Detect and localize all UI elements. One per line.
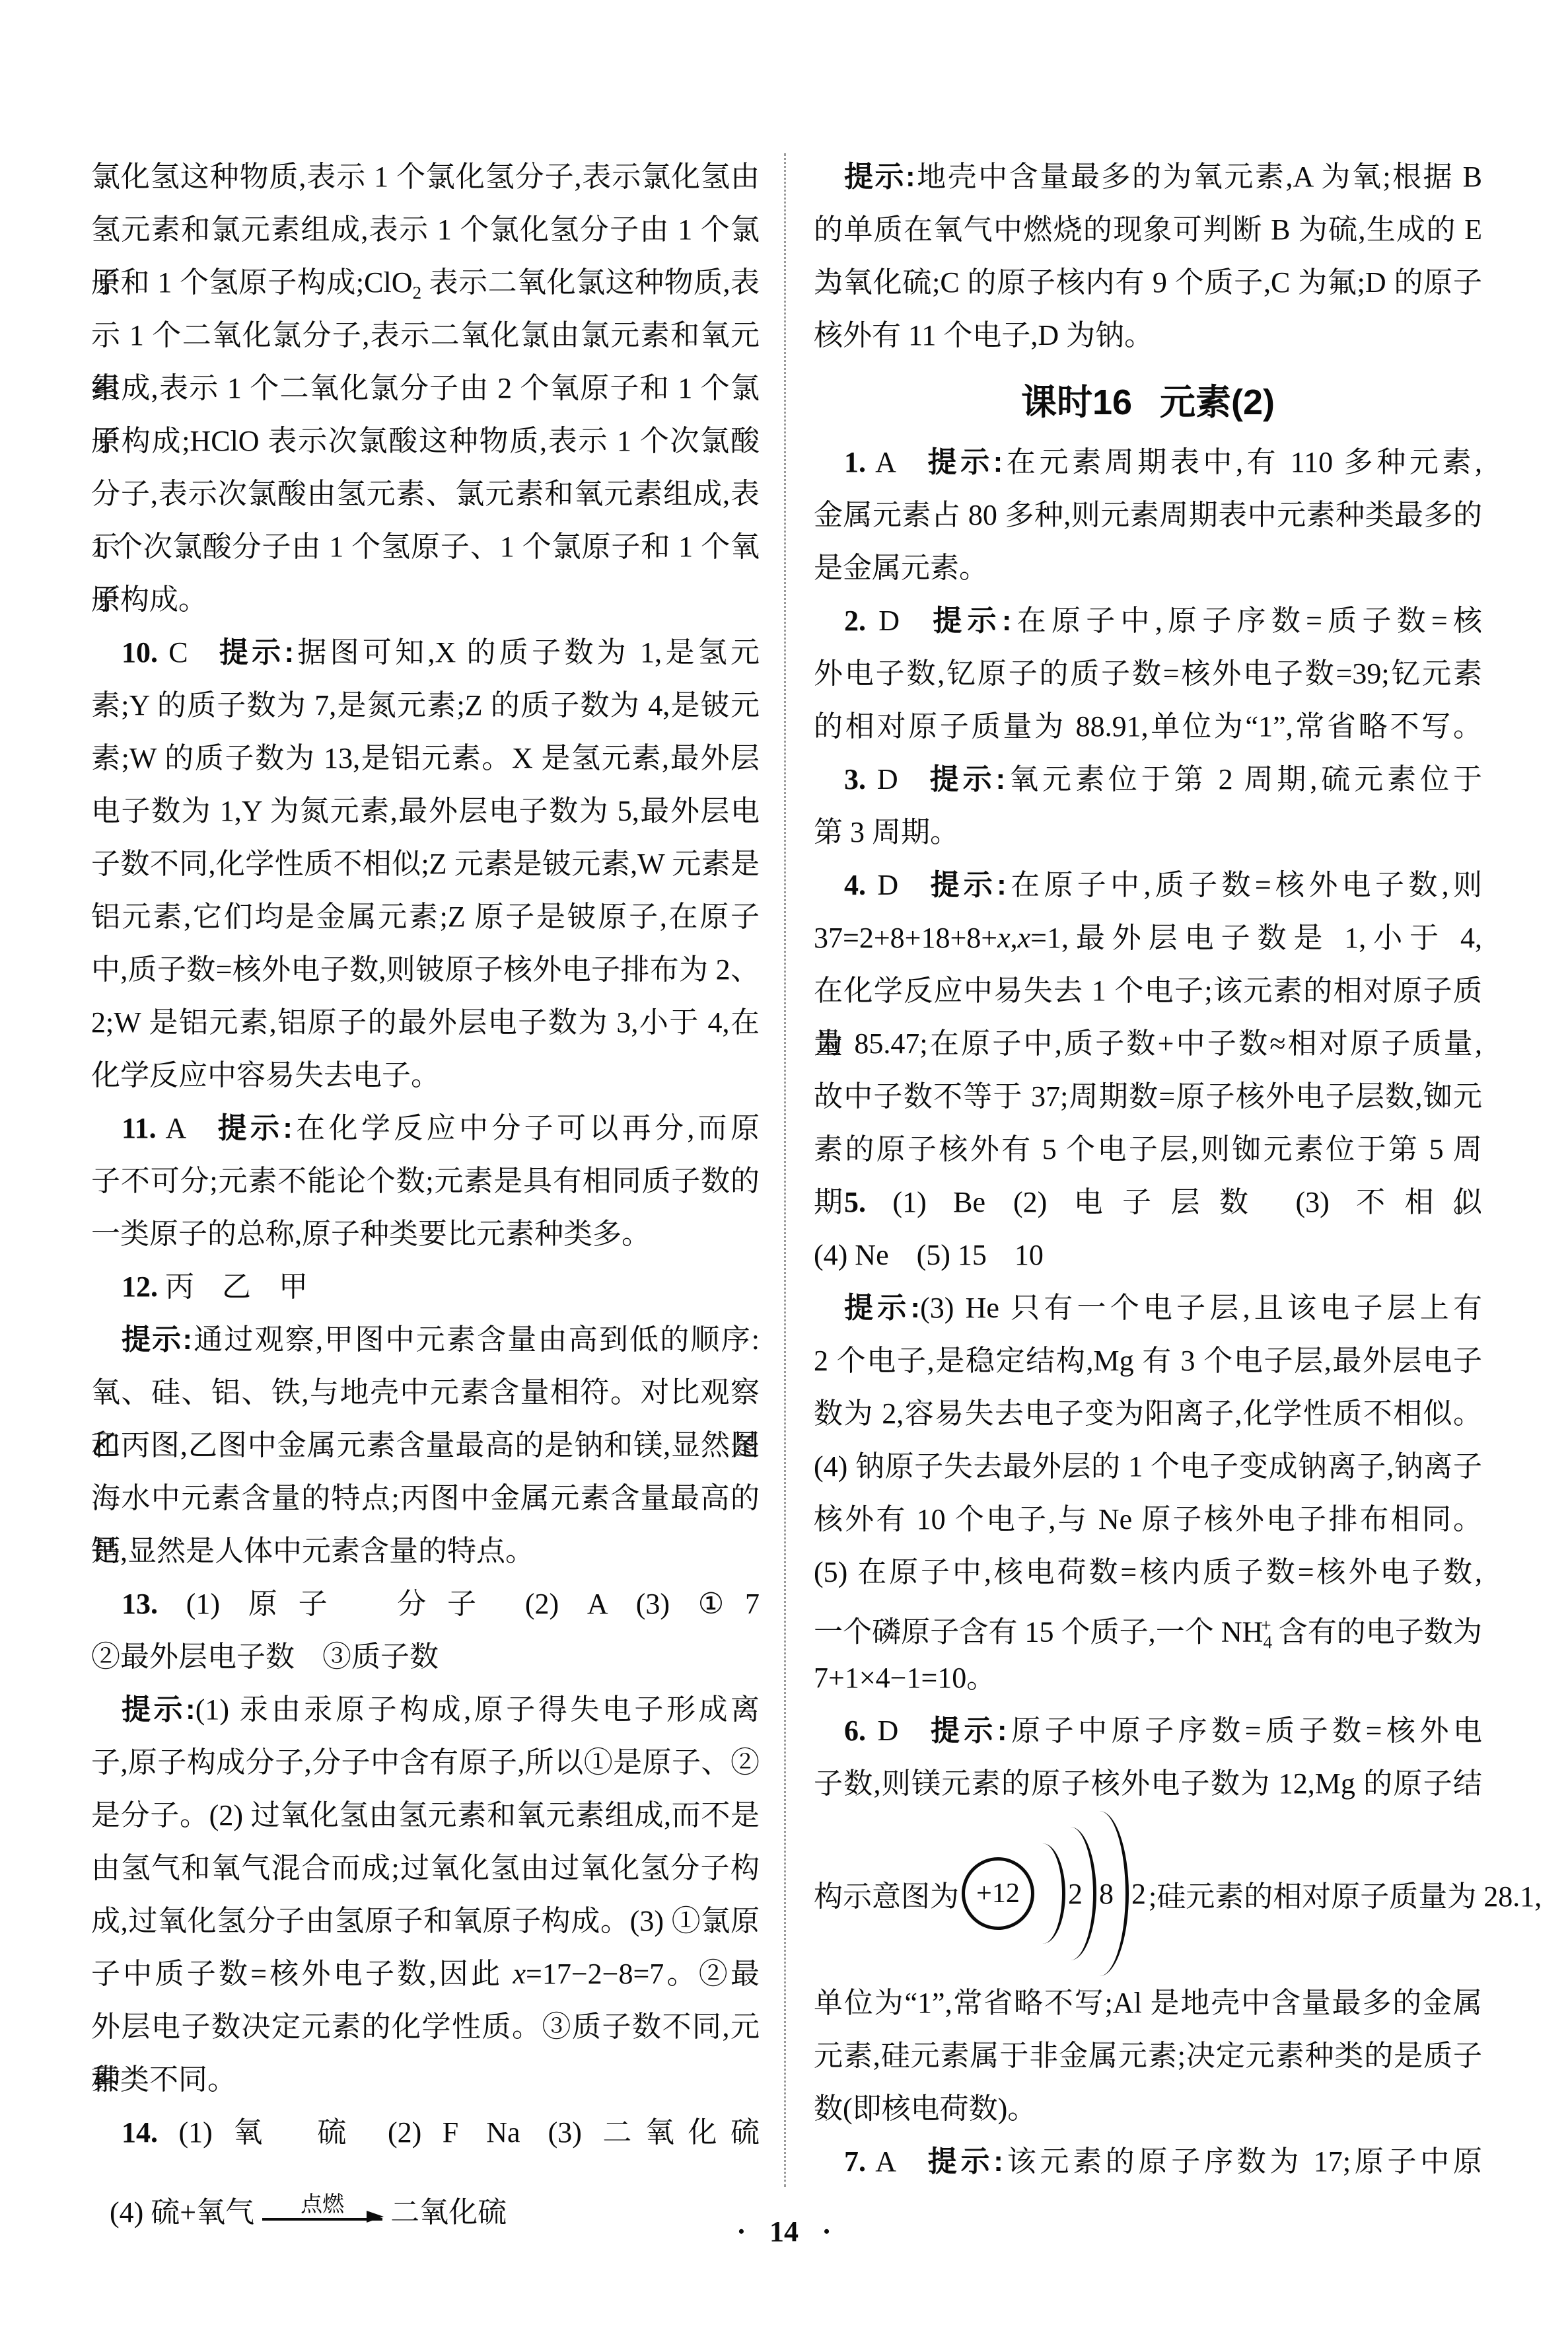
text-segment: 氧元素位于第 2 周期,硫元素位于 bbox=[1005, 763, 1482, 795]
text-line: 分子,表示次氯酸由氢元素、氯元素和氧元素组成,表示 bbox=[91, 468, 760, 521]
text-line: 核外有 10 个电子,与 Ne 原子核外电子排布相同。 bbox=[814, 1493, 1482, 1546]
text-segment: 一个磷原子含有 15 个质子,一个 NH bbox=[814, 1616, 1263, 1648]
column-divider bbox=[784, 153, 786, 2187]
text-segment: (1) 原子 bbox=[158, 1588, 348, 1620]
text-segment: 37=2+8+18+8+ bbox=[814, 922, 997, 954]
text-segment: 子和 1 个氢原子构成;ClO bbox=[91, 266, 412, 299]
text-segment: C bbox=[158, 636, 188, 669]
text-line: 6. D提示:原子中原子序数=质子数=核外电 bbox=[814, 1705, 1482, 1757]
right-column-lines-top: 提示:地壳中含量最多的为氧元素,A 为氧;根据 B的单质在氧气中燃烧的现象可判断… bbox=[814, 151, 1482, 362]
text-segment: (5) 在原子中,核电荷数=核内质子数=核外电子数, bbox=[814, 1556, 1482, 1588]
text-line: 1 个次氯酸分子由 1 个氢原子、1 个氯原子和 1 个氧原 bbox=[91, 521, 760, 573]
text-line: 提示:(1) 汞由汞原子构成,原子得失电子形成离 bbox=[91, 1683, 760, 1736]
text-line: 由氢气和氧气混合而成;过氧化氢由过氧化氢分子构 bbox=[91, 1842, 760, 1895]
text-line: 中,质子数=核外电子数,则铍原子核外电子排布为 2、 bbox=[91, 943, 760, 996]
text-segment: 在原子中,质子数=核外电子数,则 bbox=[1007, 869, 1482, 901]
text-segment: (4) 钠原子失去最外层的 1 个电子变成钠离子,钠离子 bbox=[814, 1450, 1482, 1483]
text-segment: 2;W 是铝元素,铝原子的最外层电子数为 3,小于 4,在 bbox=[91, 1006, 760, 1039]
text-segment: 7+1×4−1=10。 bbox=[814, 1662, 995, 1694]
text-segment: ②最外层电子数 bbox=[91, 1641, 295, 1673]
text-segment: 据图可知,X 的质子数为 1,是氢元 bbox=[294, 636, 760, 669]
text-line: 在化学反应中易失去 1 个电子;该元素的相对原子质量 bbox=[814, 965, 1482, 1017]
text-segment: ③质子数 bbox=[322, 1641, 439, 1673]
text-line: 金属元素占 80 多种,则元素周期表中元素种类最多的 bbox=[814, 489, 1482, 542]
text-segment: (2) 电子层数 bbox=[1013, 1186, 1267, 1218]
text-segment: 故中子数不等于 37;周期数=原子核外电子层数,铷元 bbox=[814, 1080, 1482, 1113]
text-line: 素;Y 的质子数为 7,是氮元素;Z 的质子数为 4,是铍元 bbox=[91, 679, 760, 732]
hint-label: 提示: bbox=[926, 1715, 1007, 1747]
text-segment: + bbox=[1261, 1615, 1271, 1635]
text-segment: 素;Y 的质子数为 7,是氮元素;Z 的质子数为 4,是铍元 bbox=[91, 689, 760, 721]
text-segment: (4) Ne bbox=[814, 1239, 889, 1271]
text-line: 子不可分;元素不能论个数;元素是具有相同质子数的 bbox=[91, 1155, 760, 1208]
text-line: 数为 2,容易失去电子变为阳离子,化学性质不相似。 bbox=[814, 1387, 1482, 1440]
text-line: (5) 在原子中,核电荷数=核内质子数=核外电子数, bbox=[814, 1546, 1482, 1599]
text-line: 子中质子数=核外电子数,因此 x=17−2−8=7。②最 bbox=[91, 1948, 760, 2001]
text-line: 1. A提示:在元素周期表中,有 110 多种元素, bbox=[814, 436, 1482, 489]
text-segment: 数(即核电荷数)。 bbox=[814, 2092, 1036, 2125]
text-line: 5. (1) Be(2) 电子层数(3) 不相似 bbox=[814, 1176, 1482, 1229]
text-line: ②最外层电子数③质子数 bbox=[91, 1631, 760, 1683]
text-line: 10. C提示:据图可知,X 的质子数为 1,是氢元 bbox=[91, 626, 760, 679]
text-line: 7. A提示:该元素的原子序数为 17;原子中原 bbox=[814, 2135, 1482, 2188]
text-line: 3. D提示:氧元素位于第 2 周期,硫元素位于 bbox=[814, 753, 1482, 806]
hint-label: 提示: bbox=[122, 1323, 192, 1356]
page-number: • 14 • bbox=[0, 2215, 1568, 2248]
text-segment: (1) Be bbox=[866, 1186, 985, 1218]
text-segment: 子数,则镁元素的原子核外电子数为 12,Mg 的原子结 bbox=[814, 1767, 1482, 1800]
text-segment: 二氧化硫;C 的原子核内有 9 个质子,C 为氟;D 的原子 bbox=[814, 266, 1482, 299]
text-segment: D bbox=[866, 1715, 898, 1747]
text-segment: D bbox=[866, 605, 900, 637]
text-segment: 分子 bbox=[376, 1588, 497, 1620]
text-segment: 子,原子构成分子,分子中含有原子,所以①是原子、② bbox=[91, 1746, 760, 1779]
text-line: 外层电子数决定元素的化学性质。③质子数不同,元素 bbox=[91, 2001, 760, 2053]
page-number-dot: • bbox=[738, 2222, 744, 2242]
text-line: 种类不同。 bbox=[91, 2053, 760, 2106]
text-segment: 甲 bbox=[279, 1271, 308, 1303]
diagram-suffix: ;硅元素的相对原子质量为 28.1, bbox=[1149, 1872, 1542, 1915]
text-line: 数(即核电荷数)。 bbox=[814, 2083, 1482, 2135]
diagram-prefix: 构示意图为 bbox=[814, 1872, 959, 1915]
text-line: 示 1 个二氧化氯分子,表示二氧化氯由氯元素和氧元素 bbox=[91, 309, 760, 362]
text-segment: A bbox=[866, 446, 896, 478]
text-segment: 种类不同。 bbox=[91, 2063, 236, 2096]
text-line: 是金属元素。 bbox=[814, 542, 1482, 595]
text-line: 一个磷原子含有 15 个质子,一个 NH4+ 含有的电子数为 bbox=[814, 1599, 1482, 1652]
text-segment: 子构成;HClO 表示次氯酸这种物质,表示 1 个次氯酸 bbox=[91, 425, 760, 457]
page-number-value: 14 bbox=[769, 2215, 799, 2248]
text-segment: 丙 bbox=[158, 1271, 194, 1303]
text-segment: A bbox=[157, 1112, 187, 1144]
text-line: 素;W 的质子数为 13,是铝元素。X 是氢元素,最外层 bbox=[91, 732, 760, 785]
section-heading-title: 元素(2) bbox=[1160, 374, 1275, 425]
text-segment: 氯化氢这种物质,表示 1 个氯化氢分子,表示氯化氢由 bbox=[91, 161, 760, 193]
text-line: (4) Ne(5) 1510 bbox=[814, 1229, 1482, 1282]
text-line: 子数,则镁元素的原子核外电子数为 12,Mg 的原子结 bbox=[814, 1757, 1482, 1810]
text-line: 提示:通过观察,甲图中元素含量由高到低的顺序: bbox=[91, 1313, 760, 1366]
text-line: 组成,表示 1 个二氧化氯分子由 2 个氧原子和 1 个氯原 bbox=[91, 362, 760, 415]
text-segment: 是分子。(2) 过氧化氢由氢元素和氧元素组成,而不是 bbox=[91, 1799, 760, 1831]
text-segment: 为 85.47;在原子中,质子数+中子数≈相对原子质量, bbox=[814, 1027, 1482, 1060]
text-segment: =17−2−8=7。②最 bbox=[526, 1958, 760, 1990]
text-segment: D bbox=[866, 869, 898, 901]
text-line: 12. 丙乙甲 bbox=[91, 1261, 760, 1313]
text-segment: (1) 氧 bbox=[158, 2116, 276, 2149]
text-line: 氧、硅、铝、铁,与地壳中元素含量相符。对比观察乙图 bbox=[91, 1366, 760, 1419]
text-line: 第 3 周期。 bbox=[814, 806, 1482, 859]
text-segment: 钙,显然是人体中元素含量的特点。 bbox=[91, 1535, 534, 1567]
hint-label: 提示: bbox=[924, 2145, 1003, 2178]
text-line: 提示:(3) He 只有一个电子层,且该电子层上有 bbox=[814, 1282, 1482, 1335]
text-line: 提示:地壳中含量最多的为氧元素,A 为氧;根据 B bbox=[814, 151, 1482, 203]
hint-label: 提示: bbox=[927, 605, 1011, 637]
text-segment: 子不可分;元素不能论个数;元素是具有相同质子数的 bbox=[91, 1165, 760, 1197]
item-number: 5. bbox=[844, 1186, 866, 1218]
text-segment: 表示二氧化氯这种物质,表 bbox=[421, 266, 760, 299]
left-column: 氯化氢这种物质,表示 1 个氯化氢分子,表示氯化氢由氢元素和氯元素组成,表示 1… bbox=[91, 151, 760, 2260]
text-line: 钙,显然是人体中元素含量的特点。 bbox=[91, 1525, 760, 1578]
right-column-lines-mid: 1. A提示:在元素周期表中,有 110 多种元素,金属元素占 80 多种,则元… bbox=[814, 436, 1482, 1810]
text-line: 的相对原子质量为 88.91,单位为“1”,常省略不写。 bbox=[814, 700, 1482, 753]
text-segment: (3) 不相似 bbox=[1295, 1186, 1482, 1218]
hint-label: 提示: bbox=[214, 1112, 293, 1144]
text-segment: 素;W 的质子数为 13,是铝元素。X 是氢元素,最外层 bbox=[91, 742, 760, 774]
text-segment: 10 bbox=[1015, 1239, 1044, 1271]
text-segment: 第 3 周期。 bbox=[814, 816, 959, 848]
text-segment: 2 bbox=[412, 283, 421, 303]
shell-electron-count: 2 bbox=[1131, 1877, 1146, 1911]
text-segment: 在化学反应中分子可以再分,而原 bbox=[293, 1112, 760, 1144]
answer-book-page: 氯化氢这种物质,表示 1 个氯化氢分子,表示氯化氢由氢元素和氯元素组成,表示 1… bbox=[0, 0, 1568, 2325]
text-line: 二氧化硫;C 的原子核内有 9 个质子,C 为氟;D 的原子 bbox=[814, 256, 1482, 309]
reaction-condition-label: 点燃 bbox=[301, 2192, 344, 2218]
text-line: 单位为“1”,常省略不写;Al 是地壳中含量最多的金属 bbox=[814, 1977, 1482, 2030]
text-line: 是分子。(2) 过氧化氢由氢元素和氧元素组成,而不是 bbox=[91, 1789, 760, 1842]
text-line: 2. D提示:在原子中,原子序数=质子数=核 bbox=[814, 595, 1482, 647]
page-number-dot: • bbox=[824, 2222, 830, 2242]
text-segment: x bbox=[513, 1958, 526, 1990]
text-line: 子构成;HClO 表示次氯酸这种物质,表示 1 个次氯酸 bbox=[91, 415, 760, 468]
text-segment: 单位为“1”,常省略不写;Al 是地壳中含量最多的金属 bbox=[814, 1987, 1482, 2019]
text-line: 电子数为 1,Y 为氮元素,最外层电子数为 5,最外层电 bbox=[91, 785, 760, 838]
electron-shell-arc bbox=[1070, 1811, 1129, 1976]
text-segment: 外电子数,钇原子的质子数=核外电子数=39;钇元素 bbox=[814, 657, 1482, 690]
text-segment: x bbox=[1018, 922, 1031, 954]
text-segment: (2) A bbox=[525, 1588, 608, 1620]
atomic-structure-line: 构示意图为 +12 2 8 2 ;硅元素的相对原子质量为 28.1, bbox=[814, 1810, 1482, 1977]
text-segment: 是金属元素。 bbox=[814, 552, 988, 584]
text-line: 氢元素和氯元素组成,表示 1 个氯化氢分子由 1 个氯原 bbox=[91, 203, 760, 256]
text-segment: 数为 2,容易失去电子变为阳离子,化学性质不相似。 bbox=[814, 1397, 1482, 1430]
text-line: 子和 1 个氢原子构成;ClO2 表示二氧化氯这种物质,表 bbox=[91, 256, 760, 309]
text-line: 核外有 11 个电子,D 为钠。 bbox=[814, 309, 1482, 362]
right-column-lines-bottom: 单位为“1”,常省略不写;Al 是地壳中含量最多的金属元素,硅元素属于非金属元素… bbox=[814, 1977, 1482, 2188]
text-line: 素的原子核外有 5 个电子层,则铷元素位于第 5 周期。 bbox=[814, 1123, 1482, 1176]
text-segment: 原子中原子序数=质子数=核外电 bbox=[1007, 1715, 1482, 1747]
text-segment: 核外有 11 个电子,D 为钠。 bbox=[814, 319, 1153, 351]
text-segment: , bbox=[1011, 922, 1018, 954]
text-segment: D bbox=[866, 763, 898, 795]
text-segment: 中,质子数=核外电子数,则铍原子核外电子排布为 2、 bbox=[91, 953, 760, 986]
text-line: 和丙图,乙图中金属元素含量最高的是钠和镁,显然是 bbox=[91, 1419, 760, 1472]
item-number: 12. bbox=[122, 1271, 158, 1303]
item-number: 2. bbox=[844, 605, 866, 637]
text-segment: 铝元素,它们均是金属元素;Z 原子是铍原子,在原子 bbox=[91, 901, 760, 933]
item-number: 6. bbox=[844, 1715, 866, 1747]
text-line: 元素,硅元素属于非金属元素;决定元素种类的是质子 bbox=[814, 2030, 1482, 2083]
text-segment: Na bbox=[486, 2116, 520, 2149]
text-segment: 在元素周期表中,有 110 多种元素, bbox=[1003, 446, 1482, 478]
text-line: 子数不同,化学性质不相似;Z 元素是铍元素,W 元素是 bbox=[91, 838, 760, 891]
text-segment: 成,过氧化氢分子由氢原子和氧原子构成。(3) ①氯原 bbox=[91, 1905, 760, 1937]
text-segment: 核外有 10 个电子,与 Ne 原子核外电子排布相同。 bbox=[814, 1503, 1482, 1535]
text-line: (4) 钠原子失去最外层的 1 个电子变成钠离子,钠离子 bbox=[814, 1440, 1482, 1493]
hint-label: 提示: bbox=[926, 763, 1005, 795]
text-segment: 硫 bbox=[304, 2116, 360, 2149]
hint-label: 提示: bbox=[926, 869, 1007, 901]
text-segment: 乙 bbox=[222, 1271, 251, 1303]
text-segment: (1) 汞由汞原子构成,原子得失电子形成离 bbox=[196, 1693, 760, 1726]
left-column-lines: 氯化氢这种物质,表示 1 个氯化氢分子,表示氯化氢由氢元素和氯元素组成,表示 1… bbox=[91, 151, 760, 2159]
text-line: 4. D提示:在原子中,质子数=核外电子数,则 bbox=[814, 859, 1482, 912]
item-number: 11. bbox=[122, 1112, 157, 1144]
text-segment: (5) 15 bbox=[917, 1239, 987, 1271]
hint-label: 提示: bbox=[844, 161, 915, 193]
text-line: 铝元素,它们均是金属元素;Z 原子是铍原子,在原子 bbox=[91, 891, 760, 943]
text-line: 37=2+8+18+8+x,x=1,最外层电子数是 1,小于 4, bbox=[814, 912, 1482, 965]
text-segment: 电子数为 1,Y 为氮元素,最外层电子数为 5,最外层电 bbox=[91, 795, 760, 827]
text-line: 氯化氢这种物质,表示 1 个氯化氢分子,表示氯化氢由 bbox=[91, 151, 760, 203]
text-segment: (3) 二氧化硫 bbox=[548, 2116, 760, 2149]
text-line: 11. A提示:在化学反应中分子可以再分,而原 bbox=[91, 1102, 760, 1155]
text-segment: 和丙图,乙图中金属元素含量最高的是钠和镁,显然是 bbox=[91, 1429, 760, 1461]
text-segment: 地壳中含量最多的为氧元素,A 为氧;根据 B bbox=[915, 161, 1482, 193]
text-line: 子构成。 bbox=[91, 573, 760, 626]
text-segment: (2) F bbox=[388, 2116, 458, 2149]
text-segment: 由氢气和氧气混合而成;过氧化氢由过氧化氢分子构 bbox=[91, 1852, 760, 1884]
text-segment: 金属元素占 80 多种,则元素周期表中元素种类最多的 bbox=[814, 499, 1482, 531]
text-line: 2;W 是铝元素,铝原子的最外层电子数为 3,小于 4,在 bbox=[91, 996, 760, 1049]
text-segment: 的相对原子质量为 88.91,单位为“1”,常省略不写。 bbox=[814, 710, 1482, 743]
section-heading: 课时16 元素(2) bbox=[814, 362, 1482, 436]
text-line: 成,过氧化氢分子由氢原子和氧原子构成。(3) ①氯原 bbox=[91, 1895, 760, 1948]
text-line: 为 85.47;在原子中,质子数+中子数≈相对原子质量, bbox=[814, 1017, 1482, 1070]
hint-label: 提示: bbox=[122, 1693, 196, 1726]
text-segment: 通过观察,甲图中元素含量由高到低的顺序: bbox=[192, 1323, 760, 1356]
text-segment: 子中质子数=核外电子数,因此 bbox=[91, 1958, 513, 1990]
text-line: 外电子数,钇原子的质子数=核外电子数=39;钇元素 bbox=[814, 647, 1482, 700]
section-heading-label: 课时16 bbox=[1021, 374, 1132, 425]
atomic-structure-diagram: +12 2 8 2 bbox=[962, 1810, 1146, 1977]
text-segment: =1,最外层电子数是 1,小于 4, bbox=[1030, 922, 1482, 954]
right-column: 提示:地壳中含量最多的为氧元素,A 为氧;根据 B的单质在氧气中燃烧的现象可判断… bbox=[814, 151, 1482, 2188]
text-line: 子,原子构成分子,分子中含有原子,所以①是原子、② bbox=[91, 1736, 760, 1789]
item-number: 13. bbox=[122, 1588, 158, 1620]
text-line: 13. (1) 原子分子(2) A(3) ①7 bbox=[91, 1578, 760, 1631]
text-line: 一类原子的总称,原子种类要比元素种类多。 bbox=[91, 1208, 760, 1261]
text-segment: 在原子中,原子序数=质子数=核 bbox=[1011, 605, 1482, 637]
text-segment: 一类原子的总称,原子种类要比元素种类多。 bbox=[91, 1218, 651, 1250]
item-number: 1. bbox=[844, 446, 866, 478]
text-segment: (3) He 只有一个电子层,且该电子层上有 bbox=[920, 1292, 1482, 1324]
hint-label: 提示: bbox=[924, 446, 1003, 478]
text-line: 的单质在氧气中燃烧的现象可判断 B 为硫,生成的 E 为 bbox=[814, 203, 1482, 256]
text-line: 海水中元素含量的特点;丙图中金属元素含量最高的是 bbox=[91, 1472, 760, 1525]
text-line: 7+1×4−1=10。 bbox=[814, 1652, 1482, 1705]
text-segment: 该元素的原子序数为 17;原子中原 bbox=[1003, 2145, 1482, 2178]
text-segment: 2 个电子,是稳定结构,Mg 有 3 个电子层,最外层电子 bbox=[814, 1345, 1482, 1377]
item-number: 3. bbox=[844, 763, 866, 795]
text-segment: 子数不同,化学性质不相似;Z 元素是铍元素,W 元素是 bbox=[91, 848, 760, 880]
item-number: 14. bbox=[122, 2116, 158, 2149]
hint-label: 提示: bbox=[844, 1292, 920, 1324]
text-segment: 化学反应中容易失去电子。 bbox=[91, 1059, 440, 1091]
item-number: 10. bbox=[122, 636, 158, 669]
text-segment: A bbox=[866, 2145, 896, 2178]
text-segment: (3) ①7 bbox=[636, 1588, 760, 1620]
item-number: 4. bbox=[844, 869, 866, 901]
text-segment: 元素,硅元素属于非金属元素;决定元素种类的是质子 bbox=[814, 2040, 1482, 2072]
text-line: 2 个电子,是稳定结构,Mg 有 3 个电子层,最外层电子 bbox=[814, 1335, 1482, 1387]
text-segment: 子构成。 bbox=[91, 583, 207, 616]
hint-label: 提示: bbox=[216, 636, 294, 669]
text-line: 故中子数不等于 37;周期数=原子核外电子层数,铷元 bbox=[814, 1070, 1482, 1123]
item-number: 7. bbox=[844, 2145, 866, 2178]
text-line: 化学反应中容易失去电子。 bbox=[91, 1049, 760, 1102]
text-segment: x bbox=[997, 922, 1011, 954]
text-line: 14. (1) 氧硫(2) FNa(3) 二氧化硫 bbox=[91, 2106, 760, 2159]
text-segment: 含有的电子数为 bbox=[1271, 1616, 1482, 1648]
